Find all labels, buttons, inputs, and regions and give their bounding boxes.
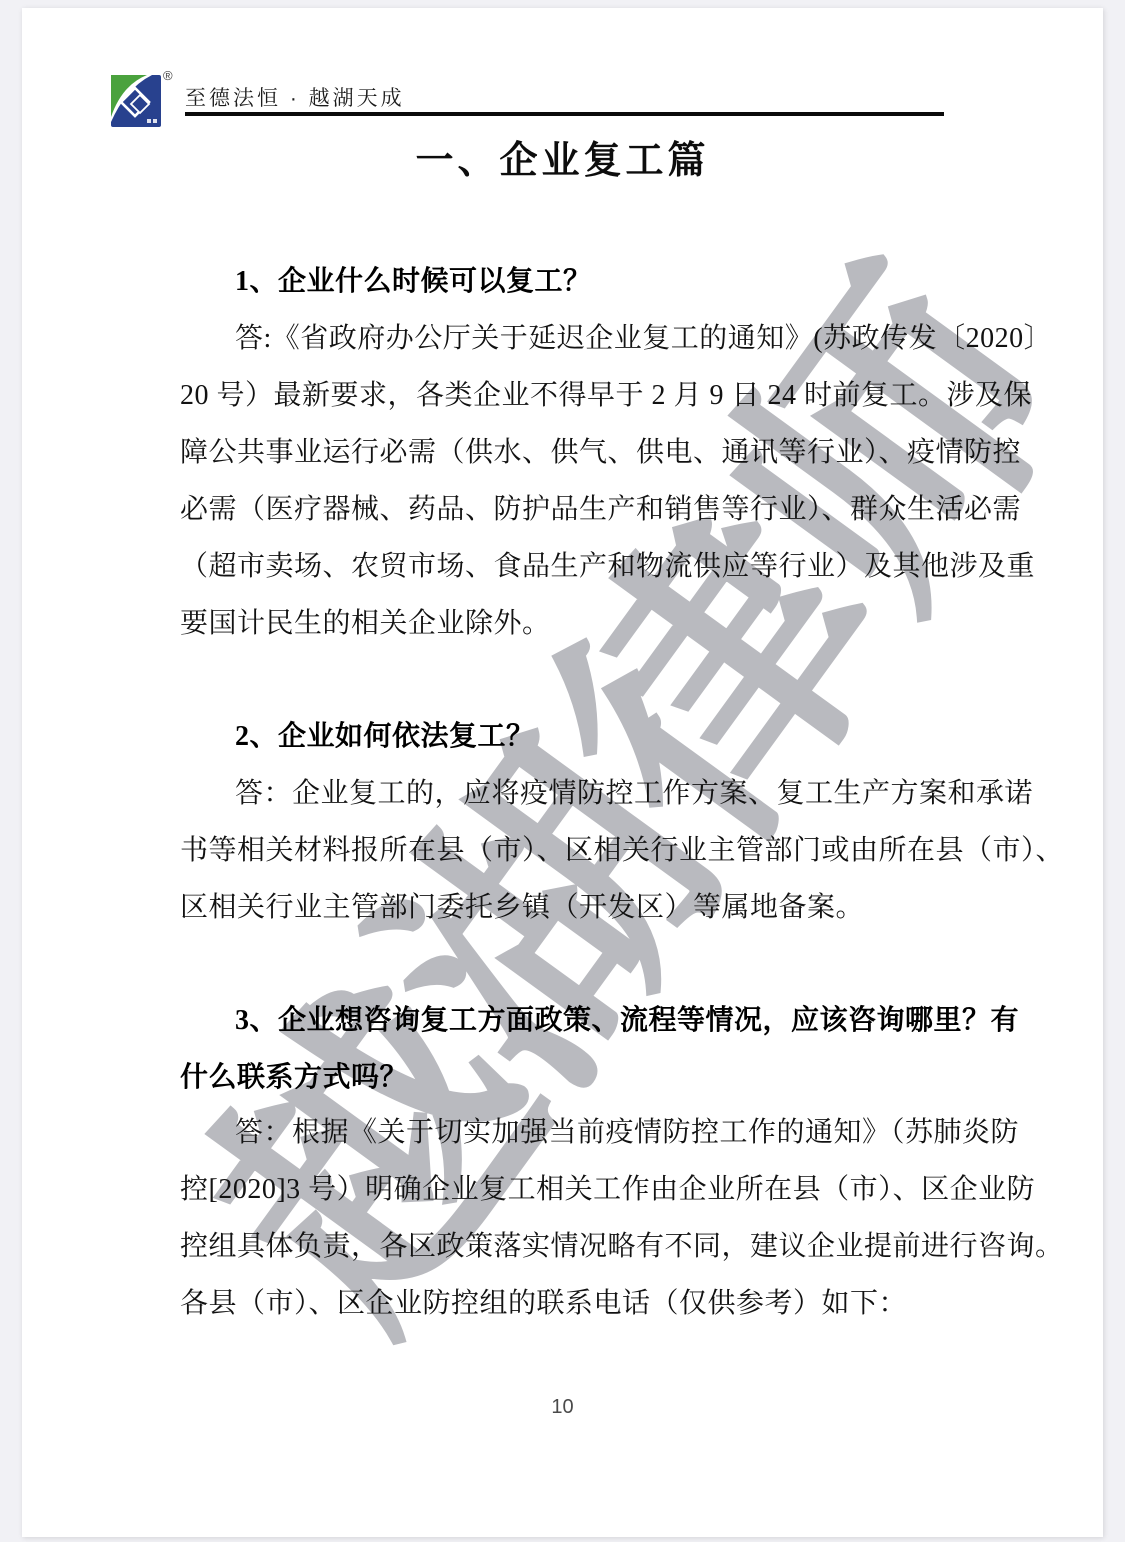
question-3-heading-line2: 什么联系方式吗？ [180, 1049, 408, 1106]
answer-3-line: 答：根据《关于切实加强当前疫情防控工作的通知》（苏肺炎防 [235, 1104, 1019, 1161]
answer-1-line: 20 号）最新要求，各类企业不得早于 2 月 9 日 24 时前复工。涉及保 [180, 367, 1032, 424]
header-divider [185, 112, 944, 116]
page-content: ® 至德法恒 · 越湖天成 一、企业复工篇 1、企业什么时候可以复工？ 答:《省… [22, 8, 1103, 1537]
answer-3-line: 控[2020]3 号）明确企业复工相关工作由企业所在县（市）、区企业防 [180, 1161, 1035, 1218]
answer-1-line: 障公共事业运行必需（供水、供气、供电、通讯等行业）、疫情防控 [180, 424, 1021, 481]
answer-2-line: 书等相关材料报所在县（市）、区相关行业主管部门或由所在县（市）、 [180, 822, 1064, 879]
answer-2-line: 区相关行业主管部门委托乡镇（开发区）等属地备案。 [180, 879, 864, 936]
document-page: 越湖律师 ® 至德法恒 · 越湖天成 一、企业复工篇 1、企业什么时候可以复工？… [22, 8, 1103, 1537]
registered-trademark-icon: ® [163, 68, 173, 83]
answer-3-line: 控组具体负责，各区政策落实情况略有不同，建议企业提前进行咨询。 [180, 1218, 1064, 1275]
page-title: 一、企业复工篇 [22, 133, 1103, 190]
company-logo-icon [111, 75, 161, 127]
question-2-heading: 2、企业如何依法复工？ [235, 708, 535, 765]
question-1-heading: 1、企业什么时候可以复工？ [235, 253, 592, 310]
answer-1-line: 必需（医疗器械、药品、防护品生产和销售等行业）、群众生活必需 [180, 481, 1021, 538]
question-3-heading: 3、企业想咨询复工方面政策、流程等情况，应该咨询哪里？有 [235, 992, 1019, 1049]
answer-1-line: （超市卖场、农贸市场、食品生产和物流供应等行业）及其他涉及重 [180, 538, 1035, 595]
answer-1-line: 答:《省政府办公厅关于延迟企业复工的通知》(苏政传发〔2020〕 [235, 310, 1052, 367]
brand-text: 至德法恒 · 越湖天成 [185, 82, 405, 112]
answer-1-line: 要国计民生的相关企业除外。 [180, 595, 551, 652]
page-number: 10 [22, 1396, 1103, 1419]
answer-3-line: 各县（市）、区企业防控组的联系电话（仅供参考）如下： [180, 1275, 907, 1332]
answer-2-line: 答：企业复工的，应将疫情防控工作方案、复工生产方案和承诺 [235, 765, 1033, 822]
